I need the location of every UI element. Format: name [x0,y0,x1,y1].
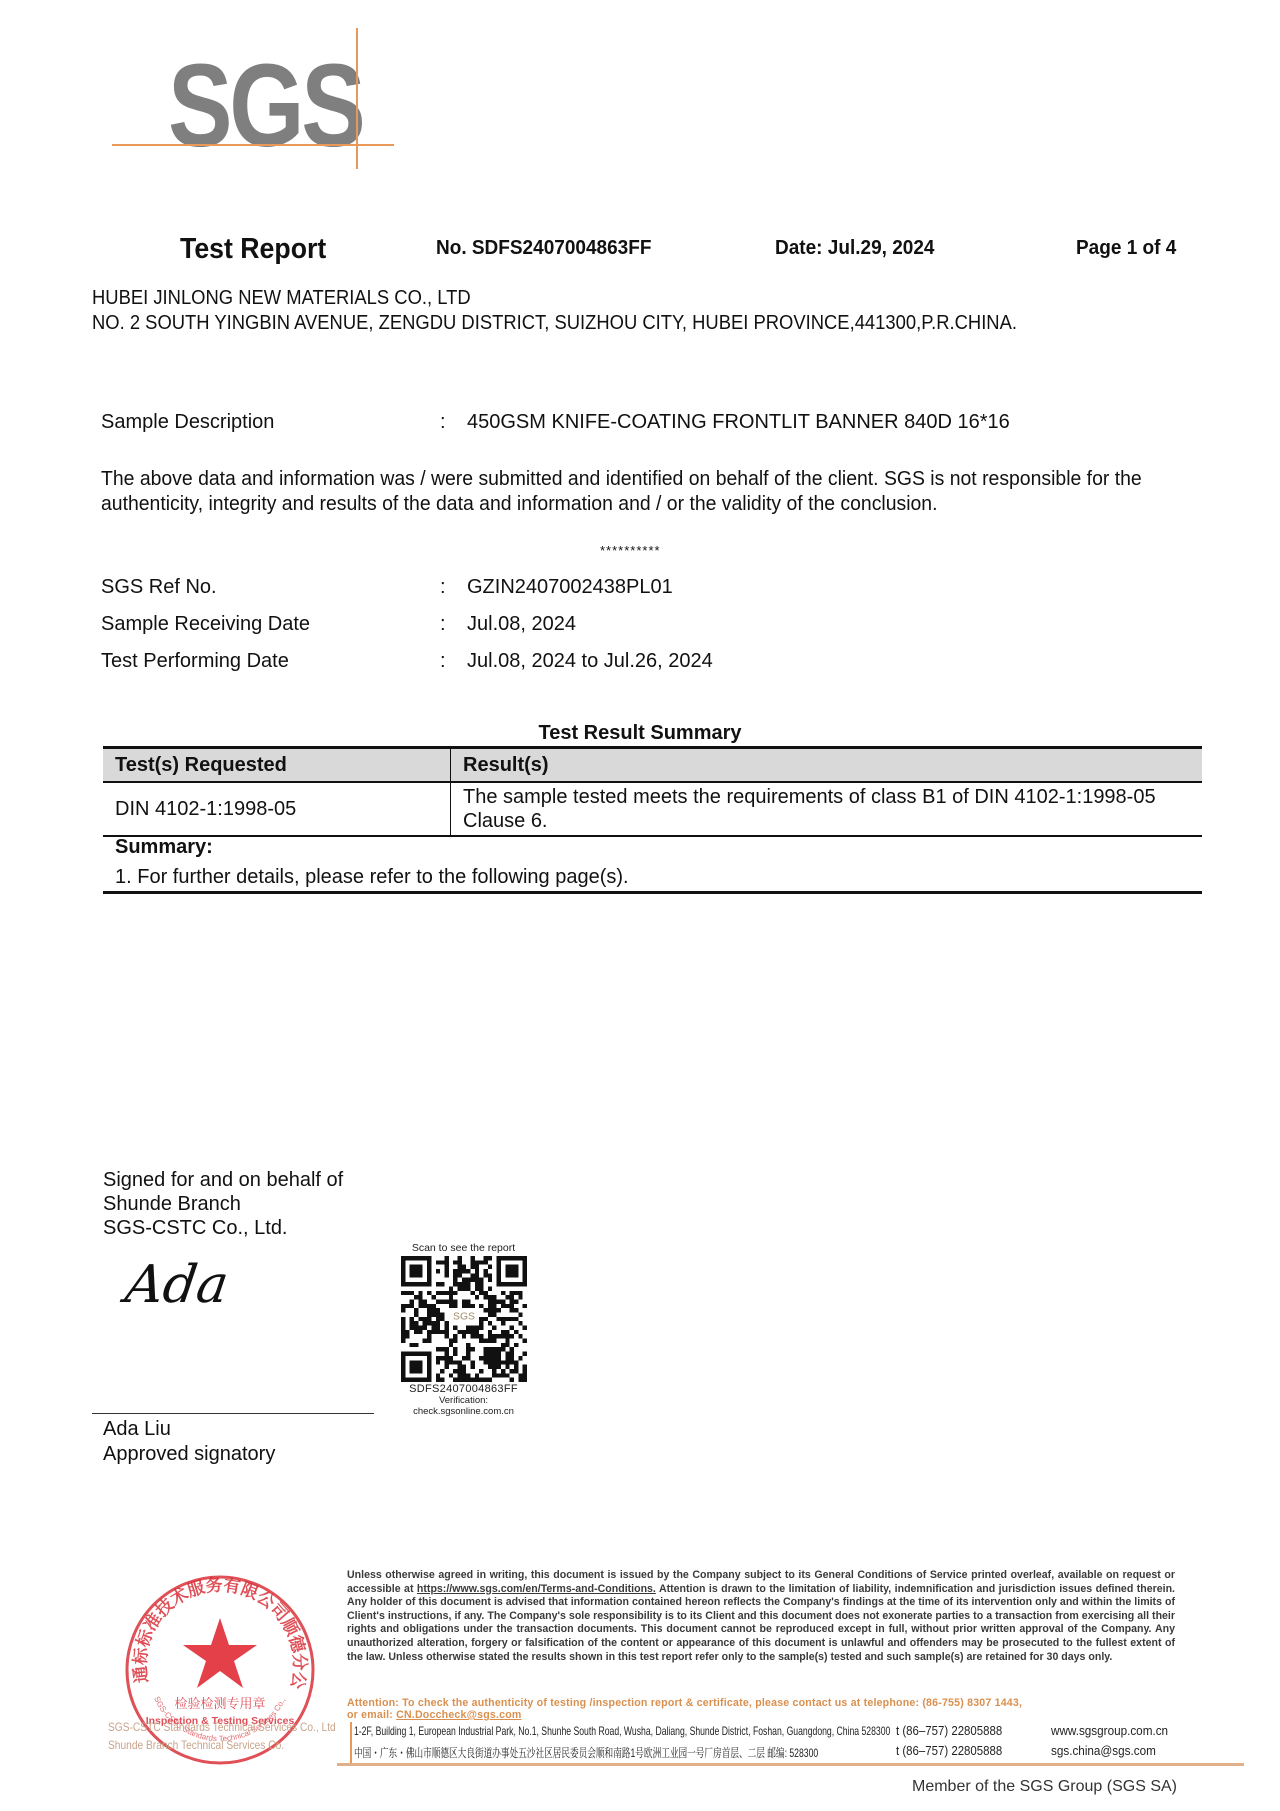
receiving-date-value: Jul.08, 2024 [467,613,576,636]
footer-website-link[interactable]: www.sgsgroup.com.cn [1051,1723,1168,1738]
page-indicator: Page 1 of 4 [1076,237,1176,260]
attention-email-prefix: or email: [347,1709,396,1721]
logo-horizontal-rule [112,144,394,146]
colon: : [440,613,446,636]
footer-address-cn: 中国・广东・佛山市顺德区大良街道办事处五沙社区居民委员会顺和南路1号欧洲工业园一… [354,1744,818,1761]
verification-url[interactable]: check.sgsonline.com.cn [396,1406,531,1417]
report-title: Test Report [180,233,326,266]
signed-on-behalf-line: Signed for and on behalf of [103,1168,343,1192]
sgs-logo: SGS [112,25,402,170]
footer-address-en: 1-2F, Building 1, European Industrial Pa… [354,1724,890,1738]
terms-link[interactable]: https://www.sgs.com/en/Terms-and-Conditi… [417,1583,656,1595]
signatory-role: Approved signatory [103,1442,275,1466]
stamp-label-line1: SGS-CSTC Standards Technical Services Co… [108,1720,336,1734]
stamp-label-line2: Shunde Branch Technical Services Co. [108,1738,284,1752]
legal-terms: Unless otherwise agreed in writing, this… [347,1569,1175,1664]
test-result-summary-title: Test Result Summary [0,722,1280,745]
client-name: HUBEI JINLONG NEW MATERIALS CO., LTD [92,287,471,310]
sgs-ref-label: SGS Ref No. [101,576,217,599]
qr-code-icon[interactable]: SGS [401,1256,527,1382]
qr-center-label: SGS [453,1311,475,1322]
qr-report-id: SDFS2407004863FF [396,1383,531,1395]
attention-email-line: or email: CN.Doccheck@sgs.com [347,1709,1187,1721]
client-disclaimer: The above data and information was / wer… [101,467,1168,517]
test-requested-cell: DIN 4102-1:1998-05 [103,782,451,836]
qr-caption: Scan to see the report [396,1242,531,1254]
sgs-logo-text: SGS [168,47,363,165]
footer-email-link[interactable]: sgs.china@sgs.com [1051,1743,1156,1758]
performing-date-label: Test Performing Date [101,650,289,673]
header-tests-requested: Test(s) Requested [103,748,451,783]
doccheck-email-link[interactable]: CN.Doccheck@sgs.com [396,1709,521,1721]
table-header-row: Test(s) Requested Result(s) [103,748,1202,783]
handwritten-signature: Ada [122,1255,232,1315]
header-results: Result(s) [451,748,1203,783]
summary-heading: Summary: [115,836,213,859]
summary-item: 1. For further details, please refer to … [115,866,629,889]
stamp-cn-center: 检验检测专用章 [174,1696,265,1712]
sgs-ref-value: GZIN2407002438PL01 [467,576,673,599]
sample-description-label: Sample Description [101,411,274,434]
report-number: No. SDFS2407004863FF [436,237,651,260]
client-address: NO. 2 SOUTH YINGBIN AVENUE, ZENGDU DISTR… [92,312,1017,335]
footer-telephone: t (86–757) 22805888 [896,1723,1002,1738]
branch-line: Shunde Branch [103,1192,241,1216]
colon: : [440,411,446,434]
company-line: SGS-CSTC Co., Ltd. [103,1216,288,1240]
report-date: Date: Jul.29, 2024 [775,237,934,260]
verification-label: Verification: [396,1395,531,1406]
sgs-group-membership: Member of the SGS Group (SGS SA) [912,1778,1177,1796]
separator-stars: ********** [600,543,661,558]
table-row: DIN 4102-1:1998-05 The sample tested mee… [103,782,1202,836]
colon: : [440,650,446,673]
logo-vertical-rule [356,28,358,169]
footer-telephone-cn: t (86–757) 22805888 [896,1743,1002,1758]
qr-verification-block: Scan to see the report SGS SDFS240700486… [396,1242,531,1417]
performing-date-value: Jul.08, 2024 to Jul.26, 2024 [467,650,713,673]
footer-rule [337,1763,1244,1766]
footer-address-bar [350,1722,352,1764]
summary-bottom-rule [103,891,1202,894]
attention-line: Attention: To check the authenticity of … [347,1697,1187,1709]
sample-description-value: 450GSM KNIFE-COATING FRONTLIT BANNER 840… [467,411,1010,434]
receiving-date-label: Sample Receiving Date [101,613,310,636]
result-cell: The sample tested meets the requirements… [451,782,1203,836]
signature-line [92,1413,374,1414]
authenticity-notice: Attention: To check the authenticity of … [347,1697,1187,1721]
test-result-table: Test(s) Requested Result(s) DIN 4102-1:1… [103,746,1202,837]
colon: : [440,576,446,599]
signatory-name: Ada Liu [103,1417,171,1441]
